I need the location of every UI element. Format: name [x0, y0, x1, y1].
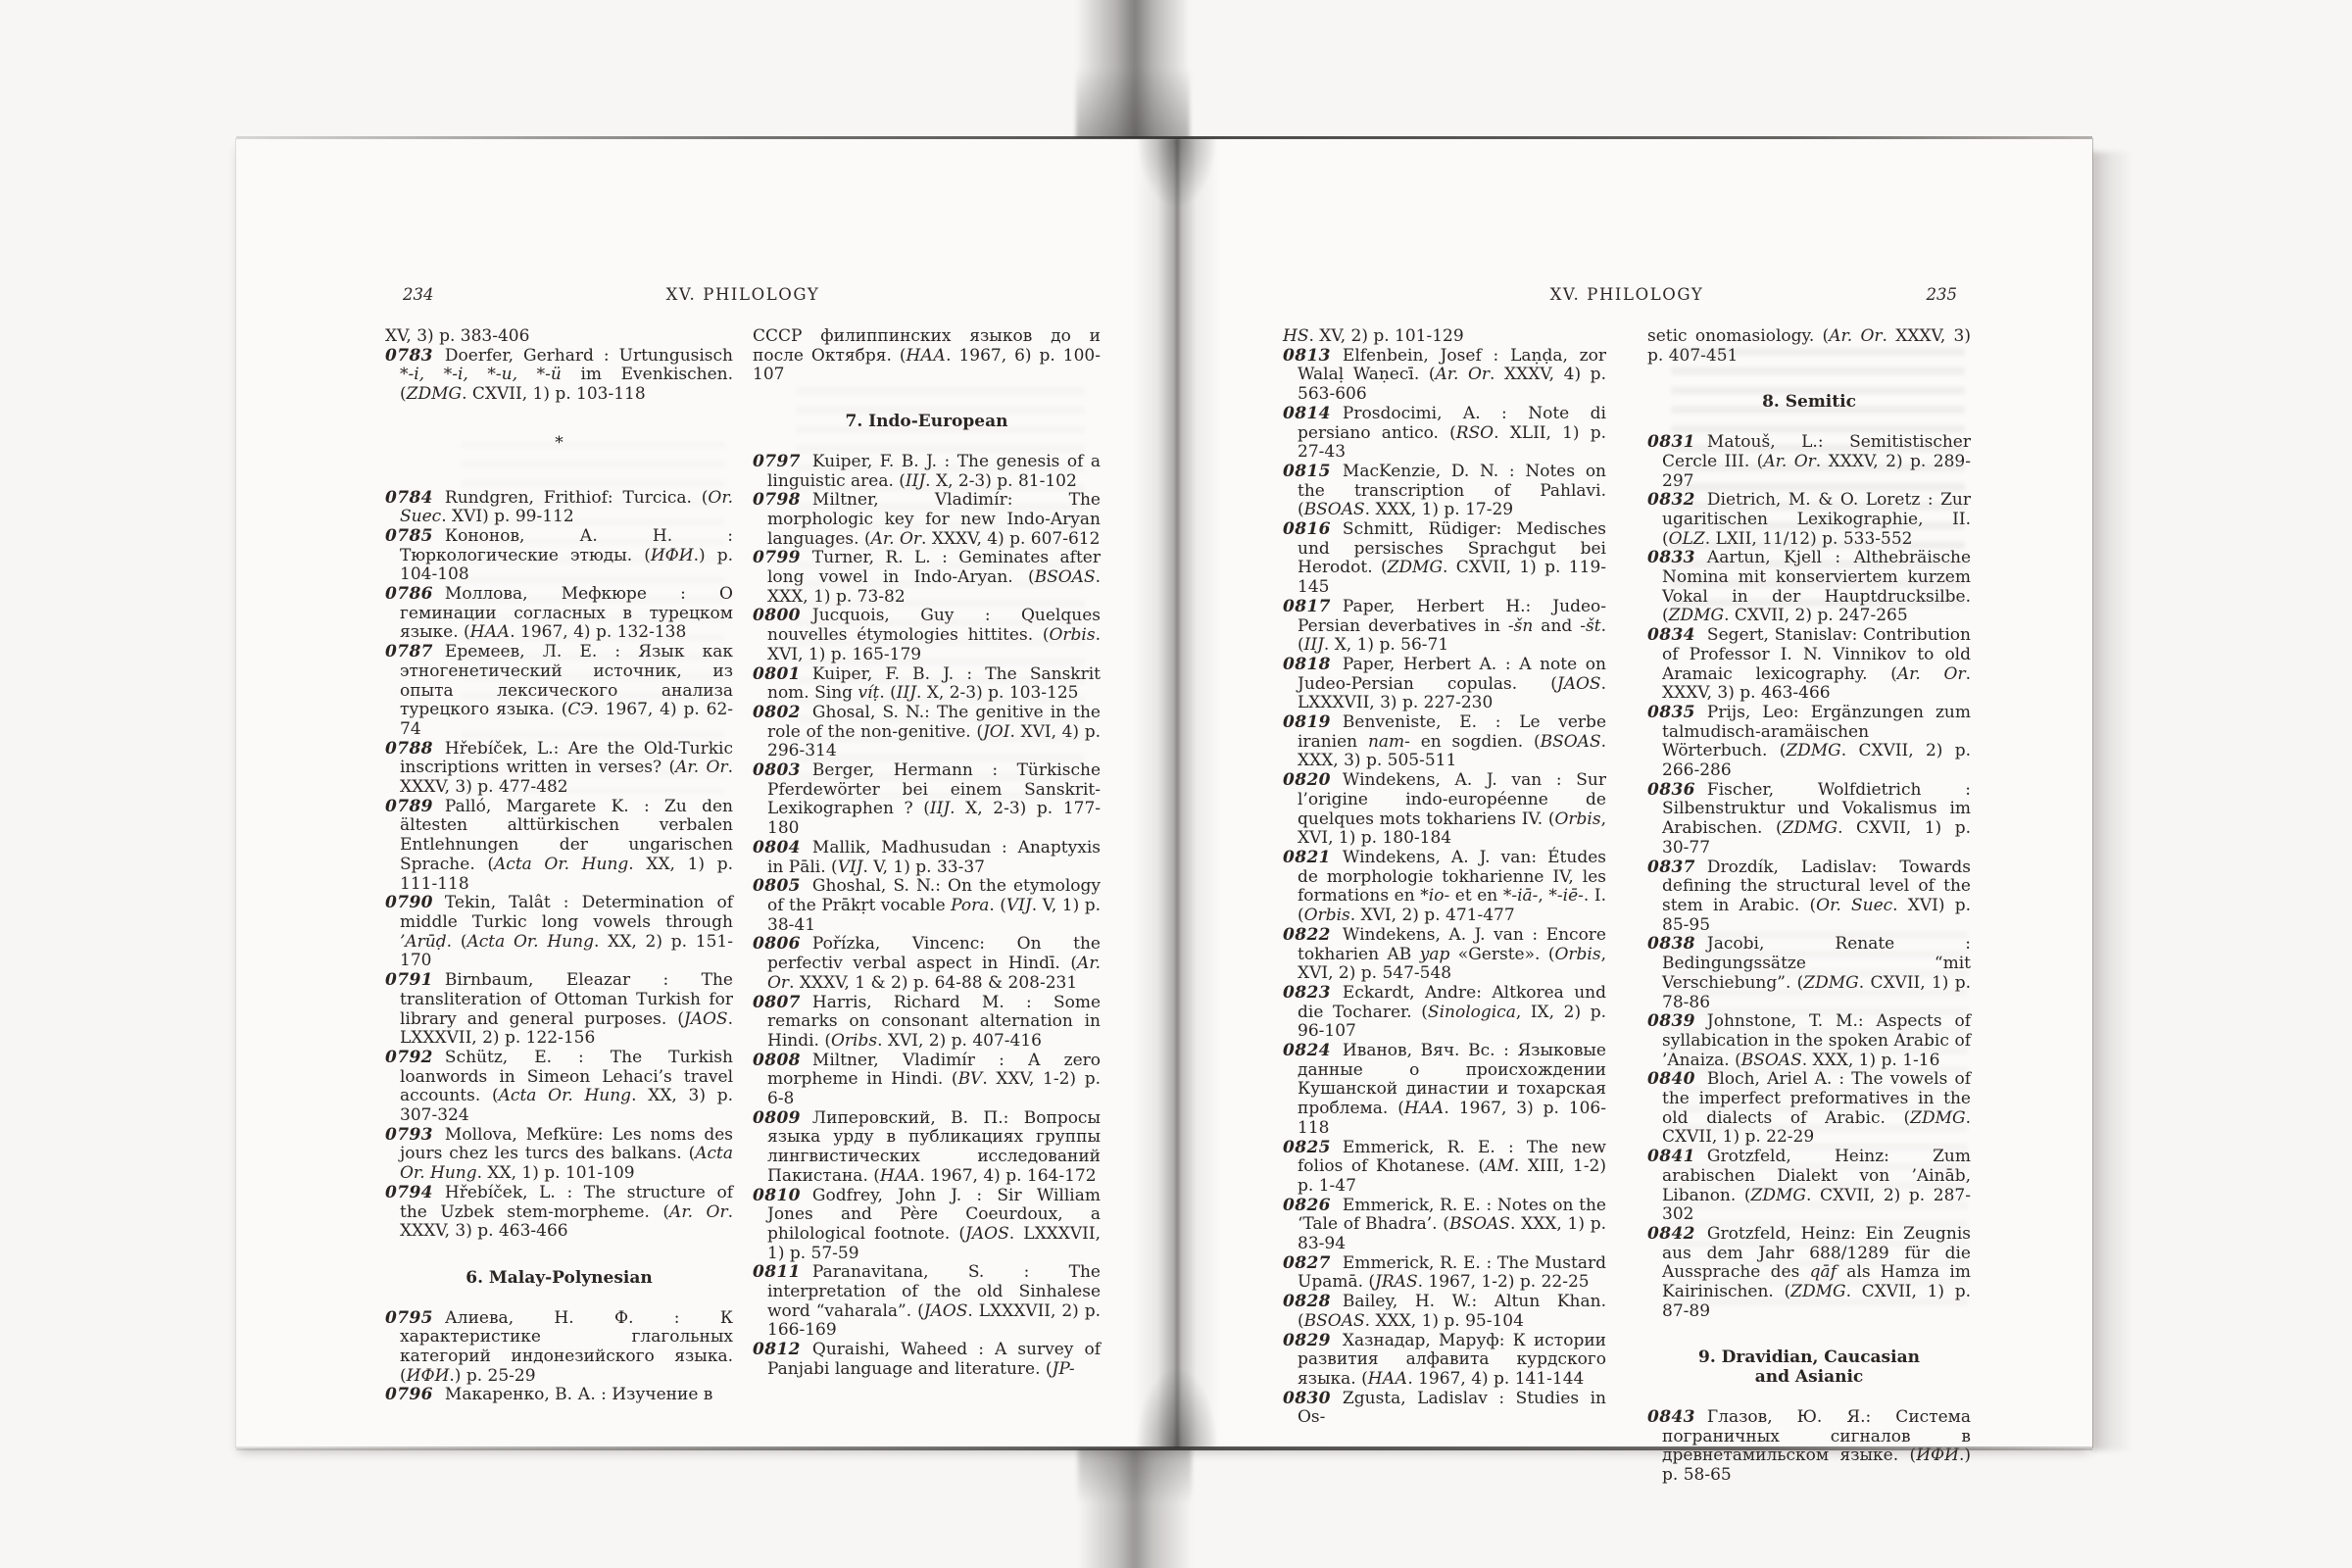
bib-entry: 0797Kuiper, F. B. J. : The genesis of a … [753, 453, 1101, 491]
text-block: HS. XV, 2) p. 101-1290813Elfenbein, Jose… [1283, 327, 1971, 1486]
bib-entry: 0800Jucquois, Guy : Quelques nouvelles é… [753, 607, 1101, 664]
entry-number: 0841 [1647, 1147, 1695, 1166]
entry-number: 0790 [385, 893, 433, 912]
entry-number: 0809 [753, 1108, 801, 1128]
bib-entry: 0810Godfrey, John J. : Sir William Jones… [753, 1187, 1101, 1264]
page-number: 234 [403, 285, 434, 304]
entry-number: 0793 [385, 1125, 433, 1145]
entry-number: 0805 [753, 876, 801, 896]
bib-entry: 0820Windekens, A. J. van : Sur l’origine… [1283, 771, 1606, 849]
entry-number: 0828 [1283, 1292, 1331, 1311]
bib-entry: 0794Hřebíček, L. : The structure of the … [385, 1184, 733, 1242]
column-4: setic onomasiology. (Ar. Or. XXXV, 3) p.… [1647, 327, 1971, 1486]
entry-number: 0824 [1283, 1041, 1331, 1060]
bib-entry: 0829Хазнадар, Маруф: К истории развития … [1283, 1332, 1606, 1390]
entry-number: 0796 [385, 1385, 433, 1404]
bib-entry: 0835Prijs, Leo: Ergänzungen zum talmudis… [1647, 704, 1971, 781]
bib-entry: 0785Кононов, А. Н. : Тюркологические этю… [385, 527, 733, 585]
entry-number: 0818 [1283, 655, 1331, 674]
bib-entry: 0786Моллова, Мефкюре : О геминации согла… [385, 585, 733, 643]
entry-number: 0833 [1647, 548, 1695, 567]
fore-edge-shadow [2091, 152, 2132, 1450]
entry-number: 0823 [1283, 983, 1331, 1003]
entry-number: 0816 [1283, 519, 1331, 539]
column-3: HS. XV, 2) p. 101-1290813Elfenbein, Jose… [1283, 327, 1606, 1486]
entry-number: 0802 [753, 703, 801, 722]
bib-entry: 0840Bloch, Ariel A. : The vowels of the … [1647, 1070, 1971, 1148]
bib-entry: 0804Mallik, Madhusudan : Anaptyxis in Pā… [753, 839, 1101, 877]
entry-number: 0814 [1283, 404, 1331, 423]
bib-entry: 0798Miltner, Vladimír: The morphologic k… [753, 491, 1101, 549]
bib-entry: 0841Grotzfeld, Heinz: Zum arabischen Dia… [1647, 1148, 1971, 1225]
entry-number: 0820 [1283, 770, 1331, 790]
entry-number: 0784 [385, 488, 433, 508]
entry-number: 0789 [385, 797, 433, 816]
bib-entry: 0793Mollova, Mefküre: Les noms des jours… [385, 1126, 733, 1184]
bib-entry: 0817Paper, Herbert H.: Judeo-Persian dev… [1283, 598, 1606, 656]
entry-number: 0838 [1647, 934, 1695, 954]
section-heading: 7. Indo-European [753, 413, 1101, 432]
bib-entry: 0839Johnstone, T. M.: Aspects of syllabi… [1647, 1012, 1971, 1070]
right-page: XV. PHILOLOGY 235 HS. XV, 2) p. 101-1290… [1177, 138, 2093, 1448]
entry-number: 0819 [1283, 712, 1331, 732]
section-heading: 6. Malay-Polynesian [385, 1269, 733, 1289]
entry-number: 0822 [1283, 925, 1331, 945]
entry-number: 0831 [1647, 432, 1695, 452]
entry-number: 0810 [753, 1186, 801, 1205]
continuation-line: СССР филиппинских языков до и после Октя… [753, 327, 1101, 385]
entry-number: 0798 [753, 490, 801, 510]
entry-number: 0840 [1647, 1069, 1695, 1089]
entry-number: 0791 [385, 970, 433, 990]
entry-number: 0839 [1647, 1011, 1695, 1031]
bib-entry: 0831Matouš, L.: Semitistischer Cercle II… [1647, 433, 1971, 491]
bib-entry: 0813Elfenbein, Josef : Laṇḍa, zor Walaḷ … [1283, 347, 1606, 405]
column-2: СССР филиппинских языков до и после Октя… [753, 327, 1101, 1405]
entry-number: 0825 [1283, 1138, 1331, 1157]
entry-number: 0826 [1283, 1196, 1331, 1215]
entry-number: 0792 [385, 1048, 433, 1067]
section-heading: 9. Dravidian, Caucasianand Asianic [1647, 1348, 1971, 1387]
bib-entry: 0821Windekens, A. J. van: Études de morp… [1283, 849, 1606, 926]
entry-number: 0812 [753, 1340, 801, 1359]
bib-entry: 0819Benveniste, E. : Le verbe iranien na… [1283, 713, 1606, 771]
entry-number: 0813 [1283, 346, 1331, 366]
bib-entry: 0805Ghoshal, S. N.: On the etymology of … [753, 877, 1101, 935]
running-head: XV. PHILOLOGY [1283, 285, 1971, 304]
left-page: 234 XV. PHILOLOGY XV, 3) p. 383-4060783D… [236, 138, 1177, 1448]
book-scan-spread: 234 XV. PHILOLOGY XV, 3) p. 383-4060783D… [0, 0, 2352, 1568]
bib-entry: 0796Макаренко, В. А. : Изучение в [385, 1386, 733, 1405]
entry-number: 0832 [1647, 490, 1695, 510]
entry-number: 0804 [753, 838, 801, 857]
entry-number: 0800 [753, 606, 801, 625]
bib-entry: 0792Schütz, E. : The Turkish loanwords i… [385, 1049, 733, 1126]
bib-entry: 0784Rundgren, Frithiof: Turcica. (Or. Su… [385, 489, 733, 527]
entry-number: 0842 [1647, 1224, 1695, 1244]
bib-entry: 0824Иванов, Вяч. Вс. : Языковые данные о… [1283, 1042, 1606, 1139]
entry-number: 0827 [1283, 1253, 1331, 1273]
entry-number: 0835 [1647, 703, 1695, 722]
bib-entry: 0791Birnbaum, Eleazar : The transliterat… [385, 971, 733, 1049]
bib-entry: 0808Miltner, Vladimír : A zero morpheme … [753, 1052, 1101, 1109]
bib-entry: 0842Grotzfeld, Heinz: Ein Zeugnis aus de… [1647, 1225, 1971, 1322]
bib-entry: 0806Pořízka, Vincenc: On the perfectiv v… [753, 935, 1101, 993]
entry-number: 0787 [385, 642, 433, 661]
bib-entry: 0807Harris, Richard M. : Some remarks on… [753, 994, 1101, 1052]
bib-entry: 0818Paper, Herbert A. : A note on Judeo-… [1283, 656, 1606, 713]
text-block: XV, 3) p. 383-4060783Doerfer, Gerhard : … [385, 327, 1101, 1405]
entry-number: 0795 [385, 1308, 433, 1328]
gutter-shadow-bottom [1078, 1445, 1192, 1568]
entry-number: 0806 [753, 934, 801, 954]
page-header: XV. PHILOLOGY 235 [1283, 285, 1971, 309]
bib-entry: 0788Hřebíček, L.: Are the Old-Turkic ins… [385, 740, 733, 798]
bib-entry: 0825Emmerick, R. E. : The new folios of … [1283, 1139, 1606, 1197]
bib-entry: 0802Ghosal, S. N.: The genitive in the r… [753, 704, 1101, 761]
entry-number: 0797 [753, 452, 801, 471]
bib-entry: 0783Doerfer, Gerhard : Urtungusisch *-i,… [385, 347, 733, 405]
open-book: 234 XV. PHILOLOGY XV, 3) p. 383-4060783D… [235, 138, 2092, 1448]
bib-entry: 0787Еремеев, Л. Е. : Язык как этногенети… [385, 643, 733, 740]
entry-number: 0788 [385, 739, 433, 759]
bib-entry: 0803Berger, Hermann : Türkische Pferdewö… [753, 761, 1101, 839]
bib-entry: 0838Jacobi, Renate : Bedingungssätze “mi… [1647, 935, 1971, 1012]
bib-entry: 0814Prosdocimi, A. : Note di persiano an… [1283, 405, 1606, 463]
entry-number: 0843 [1647, 1407, 1695, 1427]
entry-number: 0803 [753, 760, 801, 780]
bib-entry: 0827Emmerick, R. E. : The Mustard Upamā.… [1283, 1254, 1606, 1293]
bib-entry: 0834Segert, Stanislav: Contribution of P… [1647, 626, 1971, 704]
page-number: 235 [1927, 285, 1958, 304]
bib-entry: 0809Липеровский, В. П.: Вопросы языка ур… [753, 1109, 1101, 1187]
bib-entry: 0790Tekin, Talât : Determination of midd… [385, 894, 733, 971]
bib-entry: 0830Zgusta, Ladislav : Studies in Os- [1283, 1390, 1606, 1428]
bib-entry: 0822Windekens, A. J. van : Encore tokhar… [1283, 926, 1606, 984]
bib-entry: 0823Eckardt, Andre: Altkorea und die Toc… [1283, 984, 1606, 1042]
bib-entry: 0812Quraishi, Waheed : A survey of Panja… [753, 1341, 1101, 1379]
running-head: XV. PHILOLOGY [385, 285, 1101, 304]
bib-entry: 0837Drozdík, Ladislav: Towards defining … [1647, 858, 1971, 936]
bib-entry: 0811Paranavitana, S. : The interpretatio… [753, 1263, 1101, 1341]
bib-entry: 0799Turner, R. L. : Geminates after long… [753, 549, 1101, 607]
entry-number: 0785 [385, 526, 433, 546]
entry-number: 0837 [1647, 857, 1695, 877]
column-1: XV, 3) p. 383-4060783Doerfer, Gerhard : … [385, 327, 733, 1405]
entry-number: 0801 [753, 664, 801, 684]
entry-number: 0783 [385, 346, 433, 366]
entry-number: 0821 [1283, 848, 1331, 867]
entry-number: 0808 [753, 1051, 801, 1070]
bib-entry: 0816Schmitt, Rüdiger: Medisches und pers… [1283, 520, 1606, 598]
page-header: 234 XV. PHILOLOGY [385, 285, 1101, 309]
separator-star: * [385, 434, 733, 454]
continuation-line: XV, 3) p. 383-406 [385, 327, 733, 347]
bib-entry: 0795Алиева, Н. Ф. : К характеристике гла… [385, 1309, 733, 1387]
entry-number: 0830 [1283, 1389, 1331, 1408]
gutter-shadow-top [1076, 0, 1190, 141]
entry-number: 0799 [753, 548, 801, 567]
bib-entry: 0843Глазов, Ю. Я.: Система пограничных с… [1647, 1408, 1971, 1486]
entry-number: 0815 [1283, 462, 1331, 481]
bib-entry: 0836Fischer, Wolfdietrich : Silbenstrukt… [1647, 781, 1971, 858]
bib-entry: 0832Dietrich, M. & O. Loretz : Zur ugari… [1647, 491, 1971, 549]
entry-number: 0834 [1647, 625, 1695, 645]
entry-number: 0794 [385, 1183, 433, 1202]
bib-entry: 0828Bailey, H. W.: Altun Khan. (BSOAS. X… [1283, 1293, 1606, 1331]
bib-entry: 0815MacKenzie, D. N. : Notes on the tran… [1283, 463, 1606, 520]
bib-entry: 0801Kuiper, F. B. J. : The Sanskrit nom.… [753, 665, 1101, 704]
bib-entry: 0826Emmerick, R. E. : Notes on the ‘Tale… [1283, 1197, 1606, 1254]
continuation-line: HS. XV, 2) p. 101-129 [1283, 327, 1606, 347]
bib-entry: 0833Aartun, Kjell : Althebräische Nomina… [1647, 549, 1971, 626]
entry-number: 0807 [753, 993, 801, 1012]
entry-number: 0817 [1283, 597, 1331, 616]
continuation-line: setic onomasiology. (Ar. Or. XXXV, 3) p.… [1647, 327, 1971, 366]
bib-entry: 0789Palló, Margarete K. : Zu den älteste… [385, 798, 733, 895]
section-heading: 8. Semitic [1647, 393, 1971, 413]
entry-number: 0836 [1647, 780, 1695, 800]
entry-number: 0811 [753, 1262, 801, 1282]
entry-number: 0829 [1283, 1331, 1331, 1350]
entry-number: 0786 [385, 584, 433, 604]
